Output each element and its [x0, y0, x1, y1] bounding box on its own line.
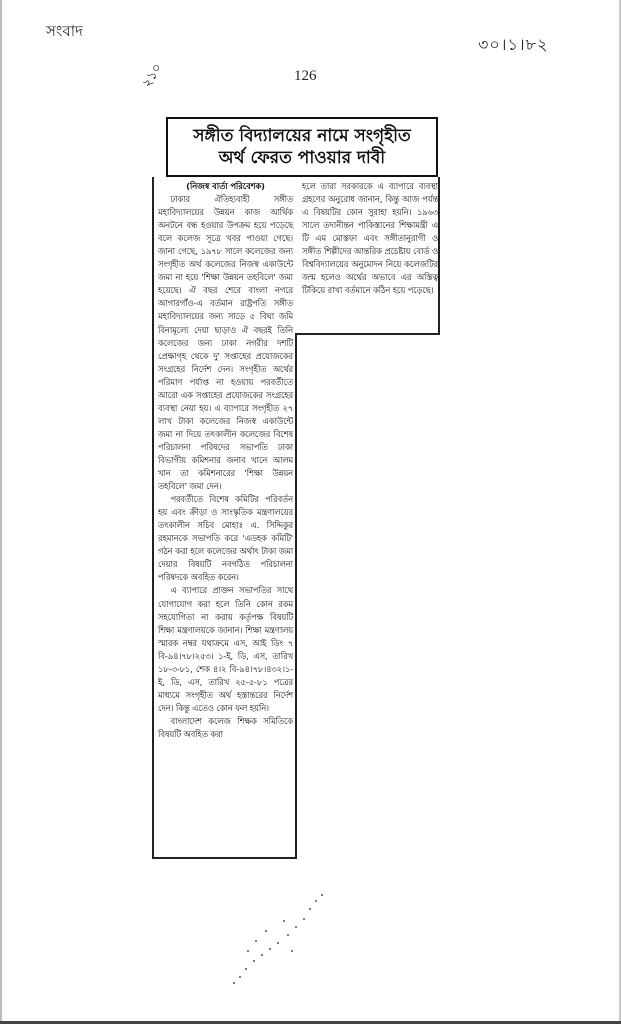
handwritten-date: ৩০।১।৮২	[478, 32, 548, 59]
handwritten-source-label: সংবাদ	[46, 20, 83, 45]
paragraph: বাংলাদেশ কলেজ শিক্ষক সমিতিকে বিষয়টি অবহ…	[158, 715, 293, 741]
paragraph: হলে তারা সরকারকে এ ব্যাপারে ব্যবস্থা গ্র…	[302, 180, 438, 297]
article-column-right: হলে তারা সরকারকে এ ব্যাপারে ব্যবস্থা গ্র…	[302, 180, 438, 297]
clipping-border-right	[438, 177, 440, 335]
paragraph: পরবর্তীতে বিশেষ কমিটির পরিবর্তন হয় এবং …	[158, 493, 293, 584]
handwritten-reference-number: ২১০	[138, 60, 169, 92]
scan-noise-smudge	[225, 890, 345, 1000]
headline-line-2: অর্থ ফেরত পাওয়ার দাবী	[219, 147, 385, 169]
article-column-left: (নিজস্ব বার্তা পরিবেশক) ঢাকার ঐতিহ্যবাহী…	[158, 180, 293, 741]
paragraph: ঢাকার ঐতিহ্যবাহী সঙ্গীত মহাবিদ্যালয়ের উ…	[158, 193, 293, 493]
paragraph: এ ব্যাপারে প্রাক্তন সভাপতির সাথে যোগাযোগ…	[158, 584, 293, 714]
headline-box: সঙ্গীত বিদ্যালয়ের নামে সংগৃহীত অর্থ ফের…	[166, 117, 438, 177]
byline: (নিজস্ব বার্তা পরিবেশক)	[158, 180, 293, 193]
clipping-border-left	[152, 177, 154, 859]
clipping-border-bottom	[152, 857, 295, 859]
scan-edge-left	[0, 0, 2, 1024]
stamped-page-number: 126	[294, 68, 317, 85]
clipping-column-rule	[295, 334, 297, 859]
headline-line-1: সঙ্গীত বিদ্যালয়ের নামে সংগৃহীত	[193, 125, 410, 147]
clipping-border-right-bottom	[295, 333, 440, 335]
